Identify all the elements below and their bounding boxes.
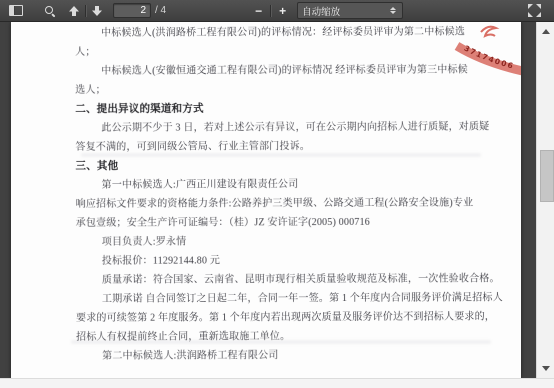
red-seal-stamp: 37174006 [451, 22, 521, 86]
scan-artifact [71, 340, 491, 344]
toolbar-divider [85, 5, 86, 17]
zoom-level-select[interactable]: 自动缩放 [297, 2, 403, 19]
vertical-scrollbar-thumb[interactable] [540, 150, 554, 202]
document-line: 招标人有权提前终止合同，重新选取施工单位。 [12, 326, 521, 347]
horizontal-scrollbar[interactable] [0, 378, 554, 388]
zoom-out-button[interactable]: − [250, 3, 267, 19]
zoom-select-caret-icon [390, 7, 396, 14]
scroll-down-button[interactable] [537, 361, 554, 376]
document-line: 此公示期不少于 3 日，若对上述公示有异议，可在公示期内向招标人进行质疑，对质疑 [11, 117, 521, 138]
page-up-icon [68, 5, 80, 17]
document-line: 选人； [11, 79, 521, 100]
document-body: 中标候选人(洪润路桥工程有限公司)的评标情况：经评标委员评审为第二中标候选人；中… [11, 22, 521, 366]
document-heading: 二、提出异议的渠道和方式 [11, 98, 521, 119]
document-line: 工期承诺 自合同签订之日起二年，合同一年一签。第 1 个年度内合同服务评价满足招… [12, 288, 521, 309]
viewer-toolbar: / 4 − + 自动缩放 [0, 0, 554, 22]
page-count-label: / 4 [155, 5, 166, 16]
scroll-up-icon [542, 29, 550, 34]
next-page-button[interactable] [89, 3, 105, 19]
document-line: 中标候选人(安徽恒通交通工程有限公司)的评标情况 经评标委员评审为第三中标候 [11, 60, 521, 81]
page-number-input[interactable] [113, 3, 151, 18]
zoom-in-icon: + [274, 5, 291, 17]
page-down-icon [91, 5, 103, 17]
document-line: 人； [11, 41, 521, 62]
document-line: 投标报价：11292144.80 元 [12, 250, 521, 271]
zoom-in-button[interactable]: + [274, 3, 291, 19]
presentation-mode-icon [528, 4, 541, 17]
seal-squiggle [481, 27, 496, 36]
sidebar-toggle-button[interactable] [8, 3, 24, 19]
document-line: 承包壹级；安全生产许可证编号：（桂）JZ 安许证字(2005) 000716 [12, 212, 521, 233]
document-line: 质量承诺：符合国家、云南省、昆明市现行相关质量验收规范及标准，一次性验收合格。 [12, 269, 521, 290]
pdf-viewer-window: / 4 − + 自动缩放 中标候选人(洪润路桥工程有限公司)的评标情况：经评标委… [0, 0, 554, 388]
zoom-out-icon: − [250, 5, 267, 17]
toolbar-divider [270, 5, 271, 17]
document-line: 响应招标文件要求的资格能力条件:公路养护三类甲级、公路交通工程(公路安全设施)专… [12, 193, 521, 214]
document-line: 要求的可续签第 2 年度服务。第 1 个年度内若出现两次质量及服务评价达不到招标… [12, 307, 521, 328]
search-icon [44, 5, 56, 17]
document-page: 中标候选人(洪润路桥工程有限公司)的评标情况：经评标委员评审为第二中标候选人；中… [11, 22, 521, 378]
document-heading: 三、其他 [11, 155, 521, 176]
document-viewport[interactable]: 中标候选人(洪润路桥工程有限公司)的评标情况：经评标委员评审为第二中标候选人；中… [0, 22, 554, 378]
document-line: 项目负责人:罗永情 [12, 231, 521, 252]
zoom-level-value: 自动缩放 [302, 4, 390, 18]
vertical-scrollbar[interactable] [536, 22, 554, 378]
previous-page-button[interactable] [66, 3, 82, 19]
document-line: 中标候选人(洪润路桥工程有限公司)的评标情况：经评标委员评审为第二中标候选 [11, 22, 521, 43]
sidebar-toggle-icon [9, 5, 23, 16]
search-button[interactable] [42, 3, 58, 19]
document-line: 第二中标候选人:洪润路桥工程有限公司 [12, 345, 521, 366]
presentation-mode-button[interactable] [526, 3, 542, 19]
document-line: 第一中标候选人:广西正川建设有限责任公司 [12, 174, 521, 195]
scroll-down-icon [542, 366, 550, 371]
scroll-up-button[interactable] [537, 24, 554, 39]
scan-artifact [81, 153, 481, 157]
